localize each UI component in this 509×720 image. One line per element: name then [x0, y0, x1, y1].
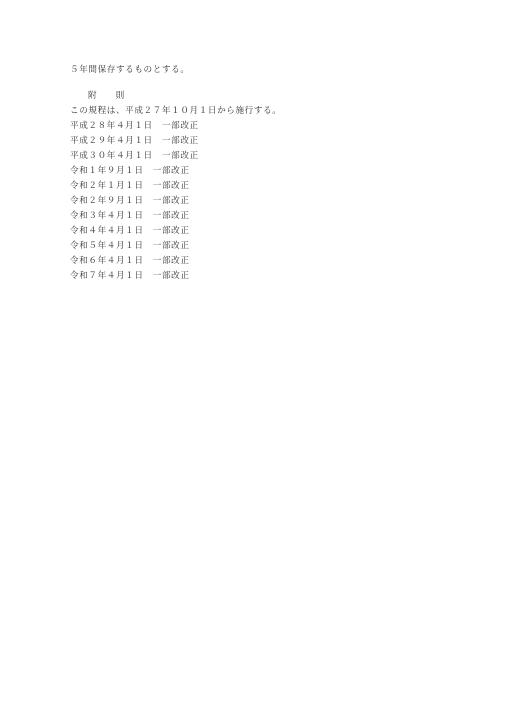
spacer	[70, 78, 281, 89]
document-page: ５年間保存するものとする。 附 則 この規程は、平成２７年１０月１日から施行する…	[70, 63, 281, 284]
amendment-item: 平成２８年４月１日 一部改正	[70, 119, 281, 134]
retention-text: ５年間保存するものとする。	[70, 63, 281, 78]
supplementary-provisions-heading: 附 則	[70, 89, 281, 104]
amendment-item: 令和２年１月１日 一部改正	[70, 179, 281, 194]
amendment-item: 令和６年４月１日 一部改正	[70, 254, 281, 269]
amendment-item: 令和４年４月１日 一部改正	[70, 224, 281, 239]
amendment-item: 令和２年９月１日 一部改正	[70, 194, 281, 209]
amendment-item: 令和３年４月１日 一部改正	[70, 209, 281, 224]
amendment-item: 令和１年９月１日 一部改正	[70, 164, 281, 179]
amendment-item: 令和５年４月１日 一部改正	[70, 239, 281, 254]
amendment-list: 平成２８年４月１日 一部改正 平成２９年４月１日 一部改正 平成３０年４月１日 …	[70, 119, 281, 284]
enforcement-date-text: この規程は、平成２７年１０月１日から施行する。	[70, 104, 281, 119]
amendment-item: 令和７年４月１日 一部改正	[70, 269, 281, 284]
amendment-item: 平成３０年４月１日 一部改正	[70, 149, 281, 164]
amendment-item: 平成２９年４月１日 一部改正	[70, 134, 281, 149]
